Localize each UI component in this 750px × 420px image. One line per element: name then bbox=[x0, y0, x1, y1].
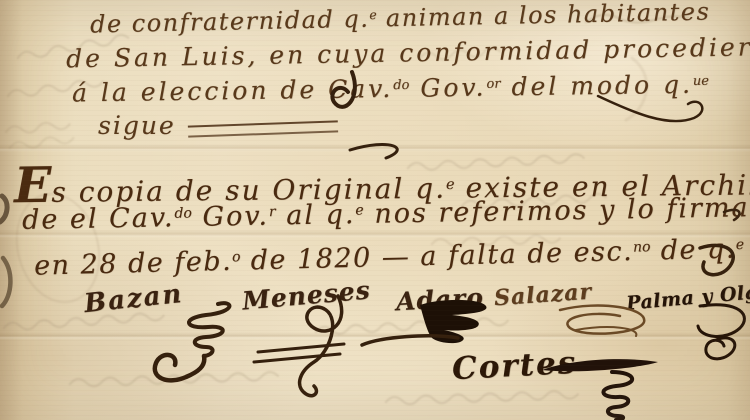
paper-crease bbox=[0, 332, 750, 340]
manuscript-line-4: sigue bbox=[98, 111, 176, 140]
ghost-squiggle bbox=[4, 312, 164, 331]
text-segment: animan a los habitantes bbox=[376, 0, 710, 32]
meneses-rubric-cross bbox=[254, 354, 340, 362]
text-segment: de 1820 — a falta de esc. bbox=[240, 236, 633, 277]
palma-rubric-curl bbox=[706, 338, 735, 359]
meneses-rubric-cross bbox=[258, 344, 344, 352]
page-edge-mark bbox=[2, 258, 10, 306]
superscript-abbreviation: do bbox=[174, 206, 192, 222]
palma-rubric-loop bbox=[698, 305, 744, 337]
text-segment: de San Luis, en cuya conformidad procedi… bbox=[66, 32, 750, 74]
signature-palma-y-olgui: Palma y Olgui bbox=[625, 279, 750, 314]
superscript-abbreviation: ue bbox=[693, 74, 709, 89]
signature-cortes: Cortes bbox=[451, 345, 578, 388]
manuscript-line-1: de confraternidad q.e animan a los habit… bbox=[90, 0, 711, 38]
ghost-squiggle bbox=[386, 390, 578, 405]
ghost-squiggle bbox=[70, 372, 278, 387]
manuscript-line-3: á la eleccion de Cav.do Gov.or del modo … bbox=[72, 70, 709, 108]
superscript-abbreviation: no bbox=[633, 239, 651, 255]
text-segment: del modo q. bbox=[500, 70, 693, 102]
closing-line-3: en 28 de feb.o de 1820 — a falta de esc.… bbox=[34, 229, 750, 281]
superscript-abbreviation: e bbox=[446, 176, 455, 193]
meneses-rubric-loops bbox=[300, 296, 342, 396]
bazan-rubric-curl bbox=[155, 355, 204, 380]
text-segment: de el Cav. bbox=[22, 202, 175, 236]
text-segment: damos fee bbox=[744, 229, 750, 264]
signature-salazar: Salazar bbox=[493, 279, 593, 312]
signature-meneses: Meneses bbox=[241, 275, 372, 315]
page-edge-mark bbox=[0, 196, 7, 222]
superscript-abbreviation: e bbox=[355, 203, 364, 219]
signature-bazan: Bazan bbox=[83, 279, 185, 319]
sigue-end-rule bbox=[188, 120, 338, 137]
ghost-squiggle bbox=[5, 120, 69, 135]
text-segment: sigue bbox=[98, 111, 176, 140]
text-segment: á la eleccion de Cav. bbox=[72, 74, 394, 107]
ghost-squiggle bbox=[9, 134, 73, 151]
ghost-squiggle bbox=[316, 317, 508, 335]
superscript-abbreviation: or bbox=[486, 77, 500, 92]
manuscript-line-2: de San Luis, en cuya conformidad procedi… bbox=[66, 32, 750, 74]
text-segment: en 28 de feb. bbox=[34, 246, 233, 282]
cortes-rubric-corkscrew bbox=[603, 372, 632, 420]
manuscript-page: de confraternidad q.e animan a los habit… bbox=[0, 0, 750, 420]
text-segment: de confraternidad q. bbox=[90, 5, 370, 39]
salazar-rubric-loop bbox=[576, 327, 636, 336]
bazan-rubric-cone bbox=[189, 303, 229, 356]
text-segment: nos referimos y lo firmamos bbox=[363, 191, 750, 230]
superscript-abbreviation: do bbox=[393, 78, 409, 93]
adaro-underline-swoosh bbox=[362, 336, 458, 345]
text-segment: al q. bbox=[275, 199, 355, 231]
text-segment: de q. bbox=[650, 234, 736, 267]
signature-adaro: Adaro bbox=[395, 283, 484, 317]
superscript-abbreviation: o bbox=[232, 249, 241, 265]
text-segment: Gov. bbox=[192, 201, 270, 233]
text-segment: Gov. bbox=[409, 73, 486, 103]
